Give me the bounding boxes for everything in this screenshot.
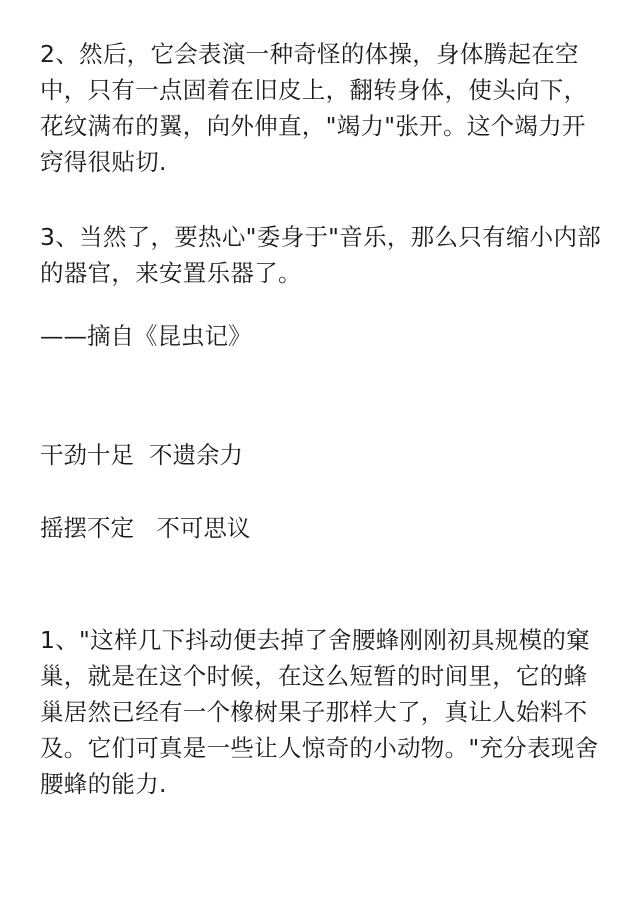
vocabulary-line-1: 干劲十足 不遗余力: [40, 437, 243, 473]
paragraph-3: 3、当然了，要热心"委身于"音乐，那么只有缩小内部的器官，来安置乐器了。: [40, 219, 606, 291]
paragraph-2: 2、然后，它会表演一种奇怪的体操，身体腾起在空中，只有一点固着在旧皮上，翻转身体…: [40, 36, 606, 180]
vocabulary-line-2: 摇摆不定 不可思议: [40, 510, 250, 546]
source-citation: ——摘自《昆虫记》: [40, 318, 252, 354]
paragraph-1: 1、"这样几下抖动便去掉了舍腰蜂刚刚初具规模的窠巢，就是在这个时候，在这么短暂的…: [40, 622, 606, 802]
